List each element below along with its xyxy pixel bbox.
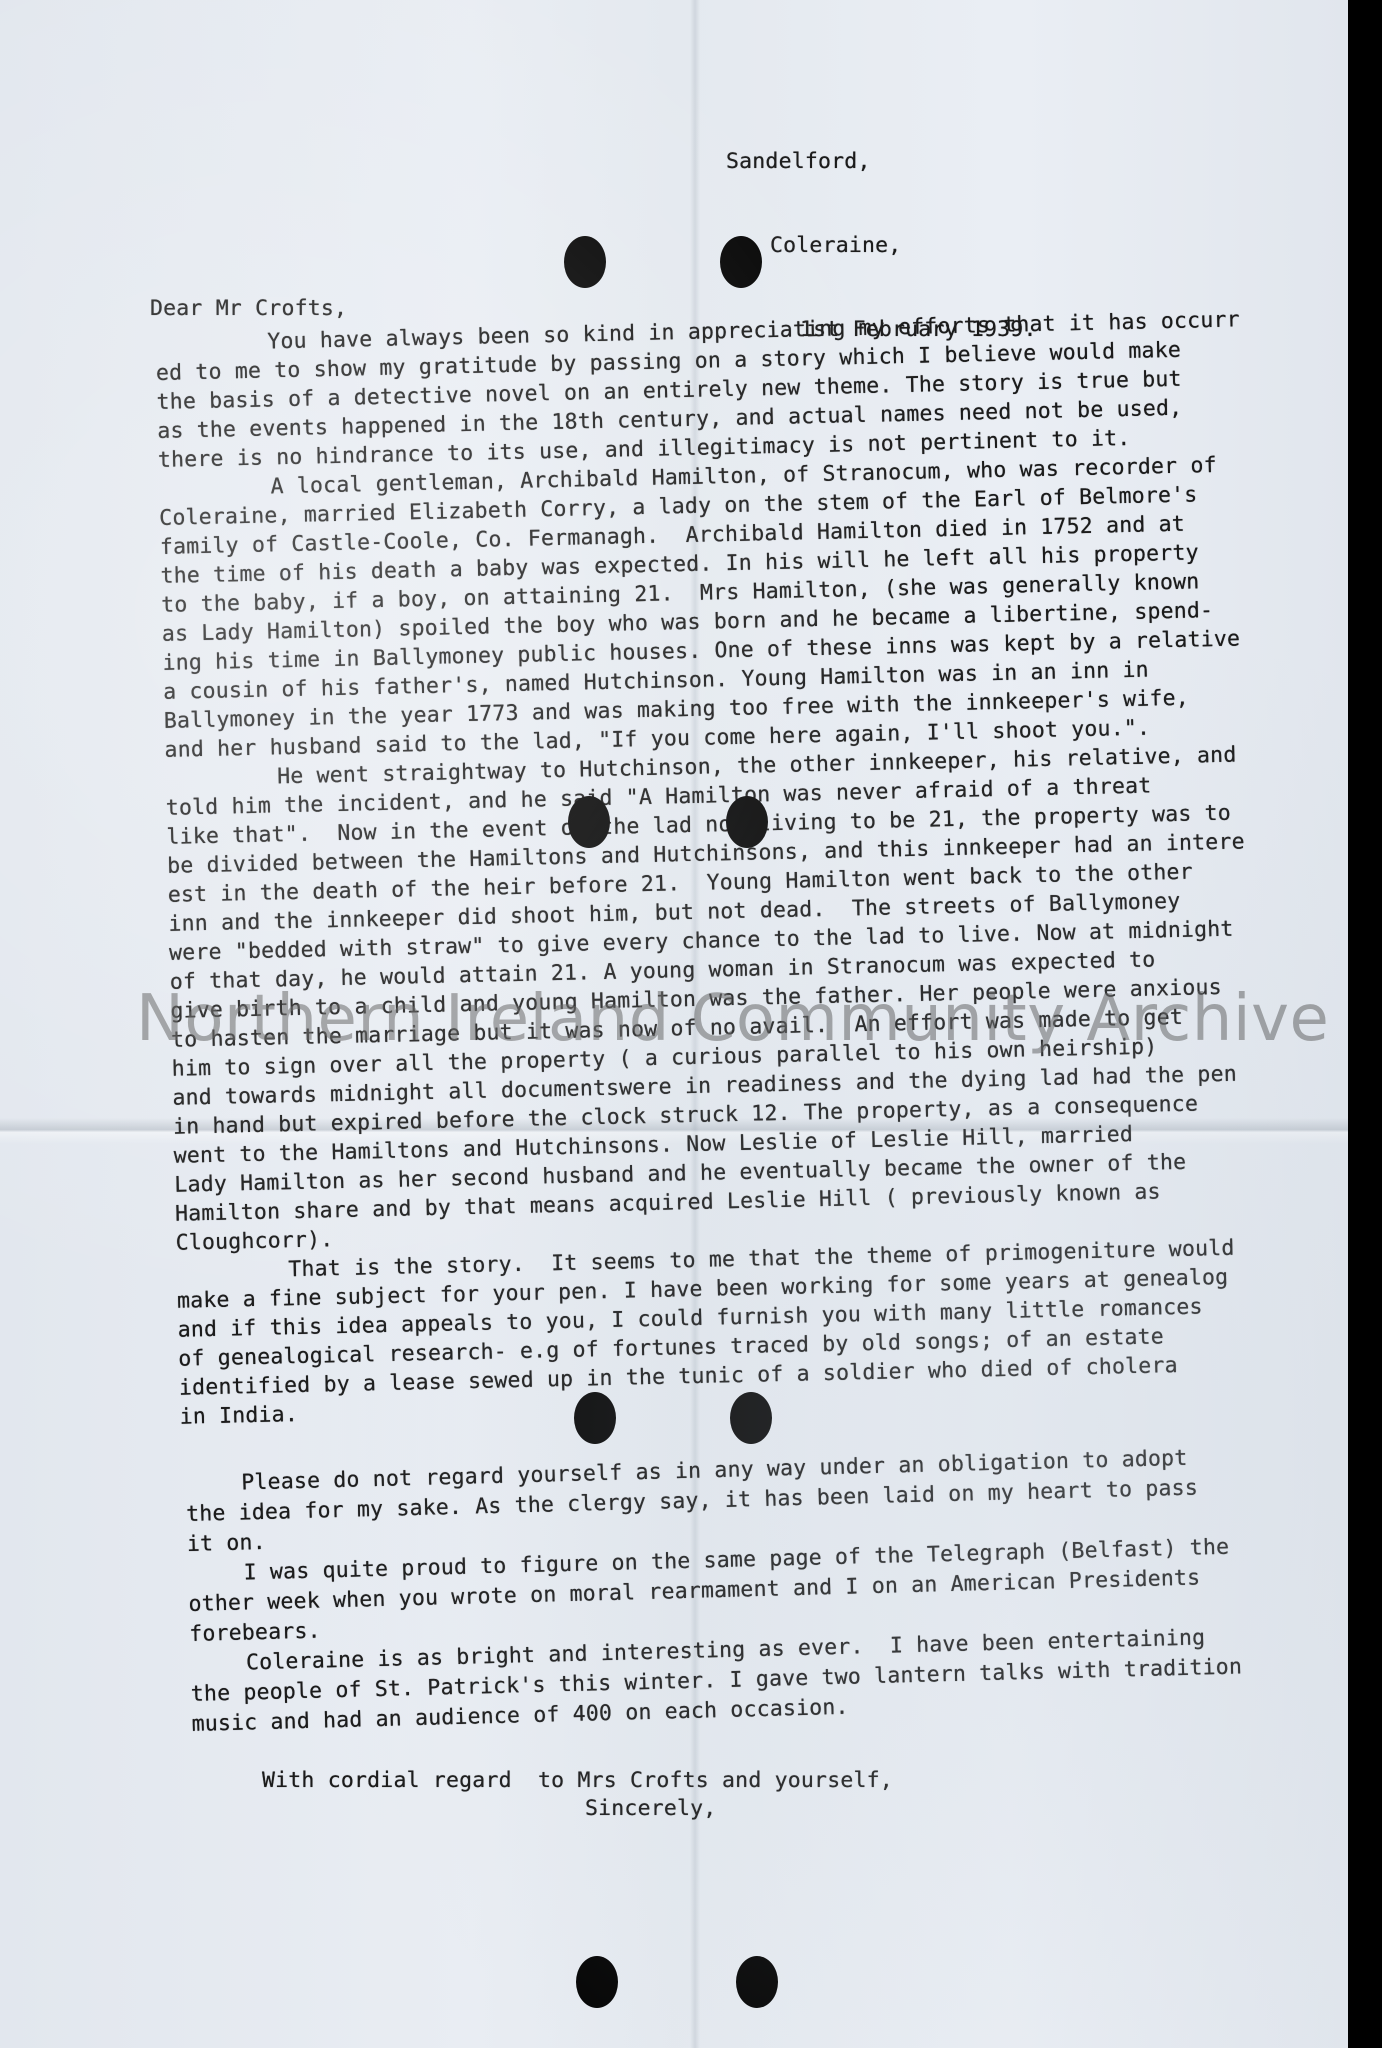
address-line: Coleraine,: [726, 232, 1037, 260]
letter-body-closing-paragraphs: Please do not regard yourself as in any …: [185, 1439, 1348, 1740]
punch-hole: [574, 1392, 616, 1444]
letter-body: You have always been so kind in apprecia…: [155, 303, 1348, 1432]
sign-off: Sincerely,: [585, 1796, 716, 1821]
punch-hole: [730, 1392, 772, 1444]
punch-hole: [736, 1956, 778, 2008]
punch-hole: [576, 1956, 618, 2008]
punch-hole: [726, 796, 768, 848]
address-line: Sandelford,: [726, 148, 1037, 176]
salutation: Dear Mr Crofts,: [150, 296, 347, 321]
punch-hole: [564, 236, 606, 288]
punch-hole: [568, 796, 610, 848]
archive-watermark: Northern Ireland Community Archive: [136, 982, 1329, 1056]
closing-line: With cordial regard to Mrs Crofts and yo…: [262, 1768, 893, 1793]
punch-hole: [720, 236, 762, 288]
letter-page: Sandelford, Coleraine, 1st February 1939…: [0, 0, 1348, 2048]
